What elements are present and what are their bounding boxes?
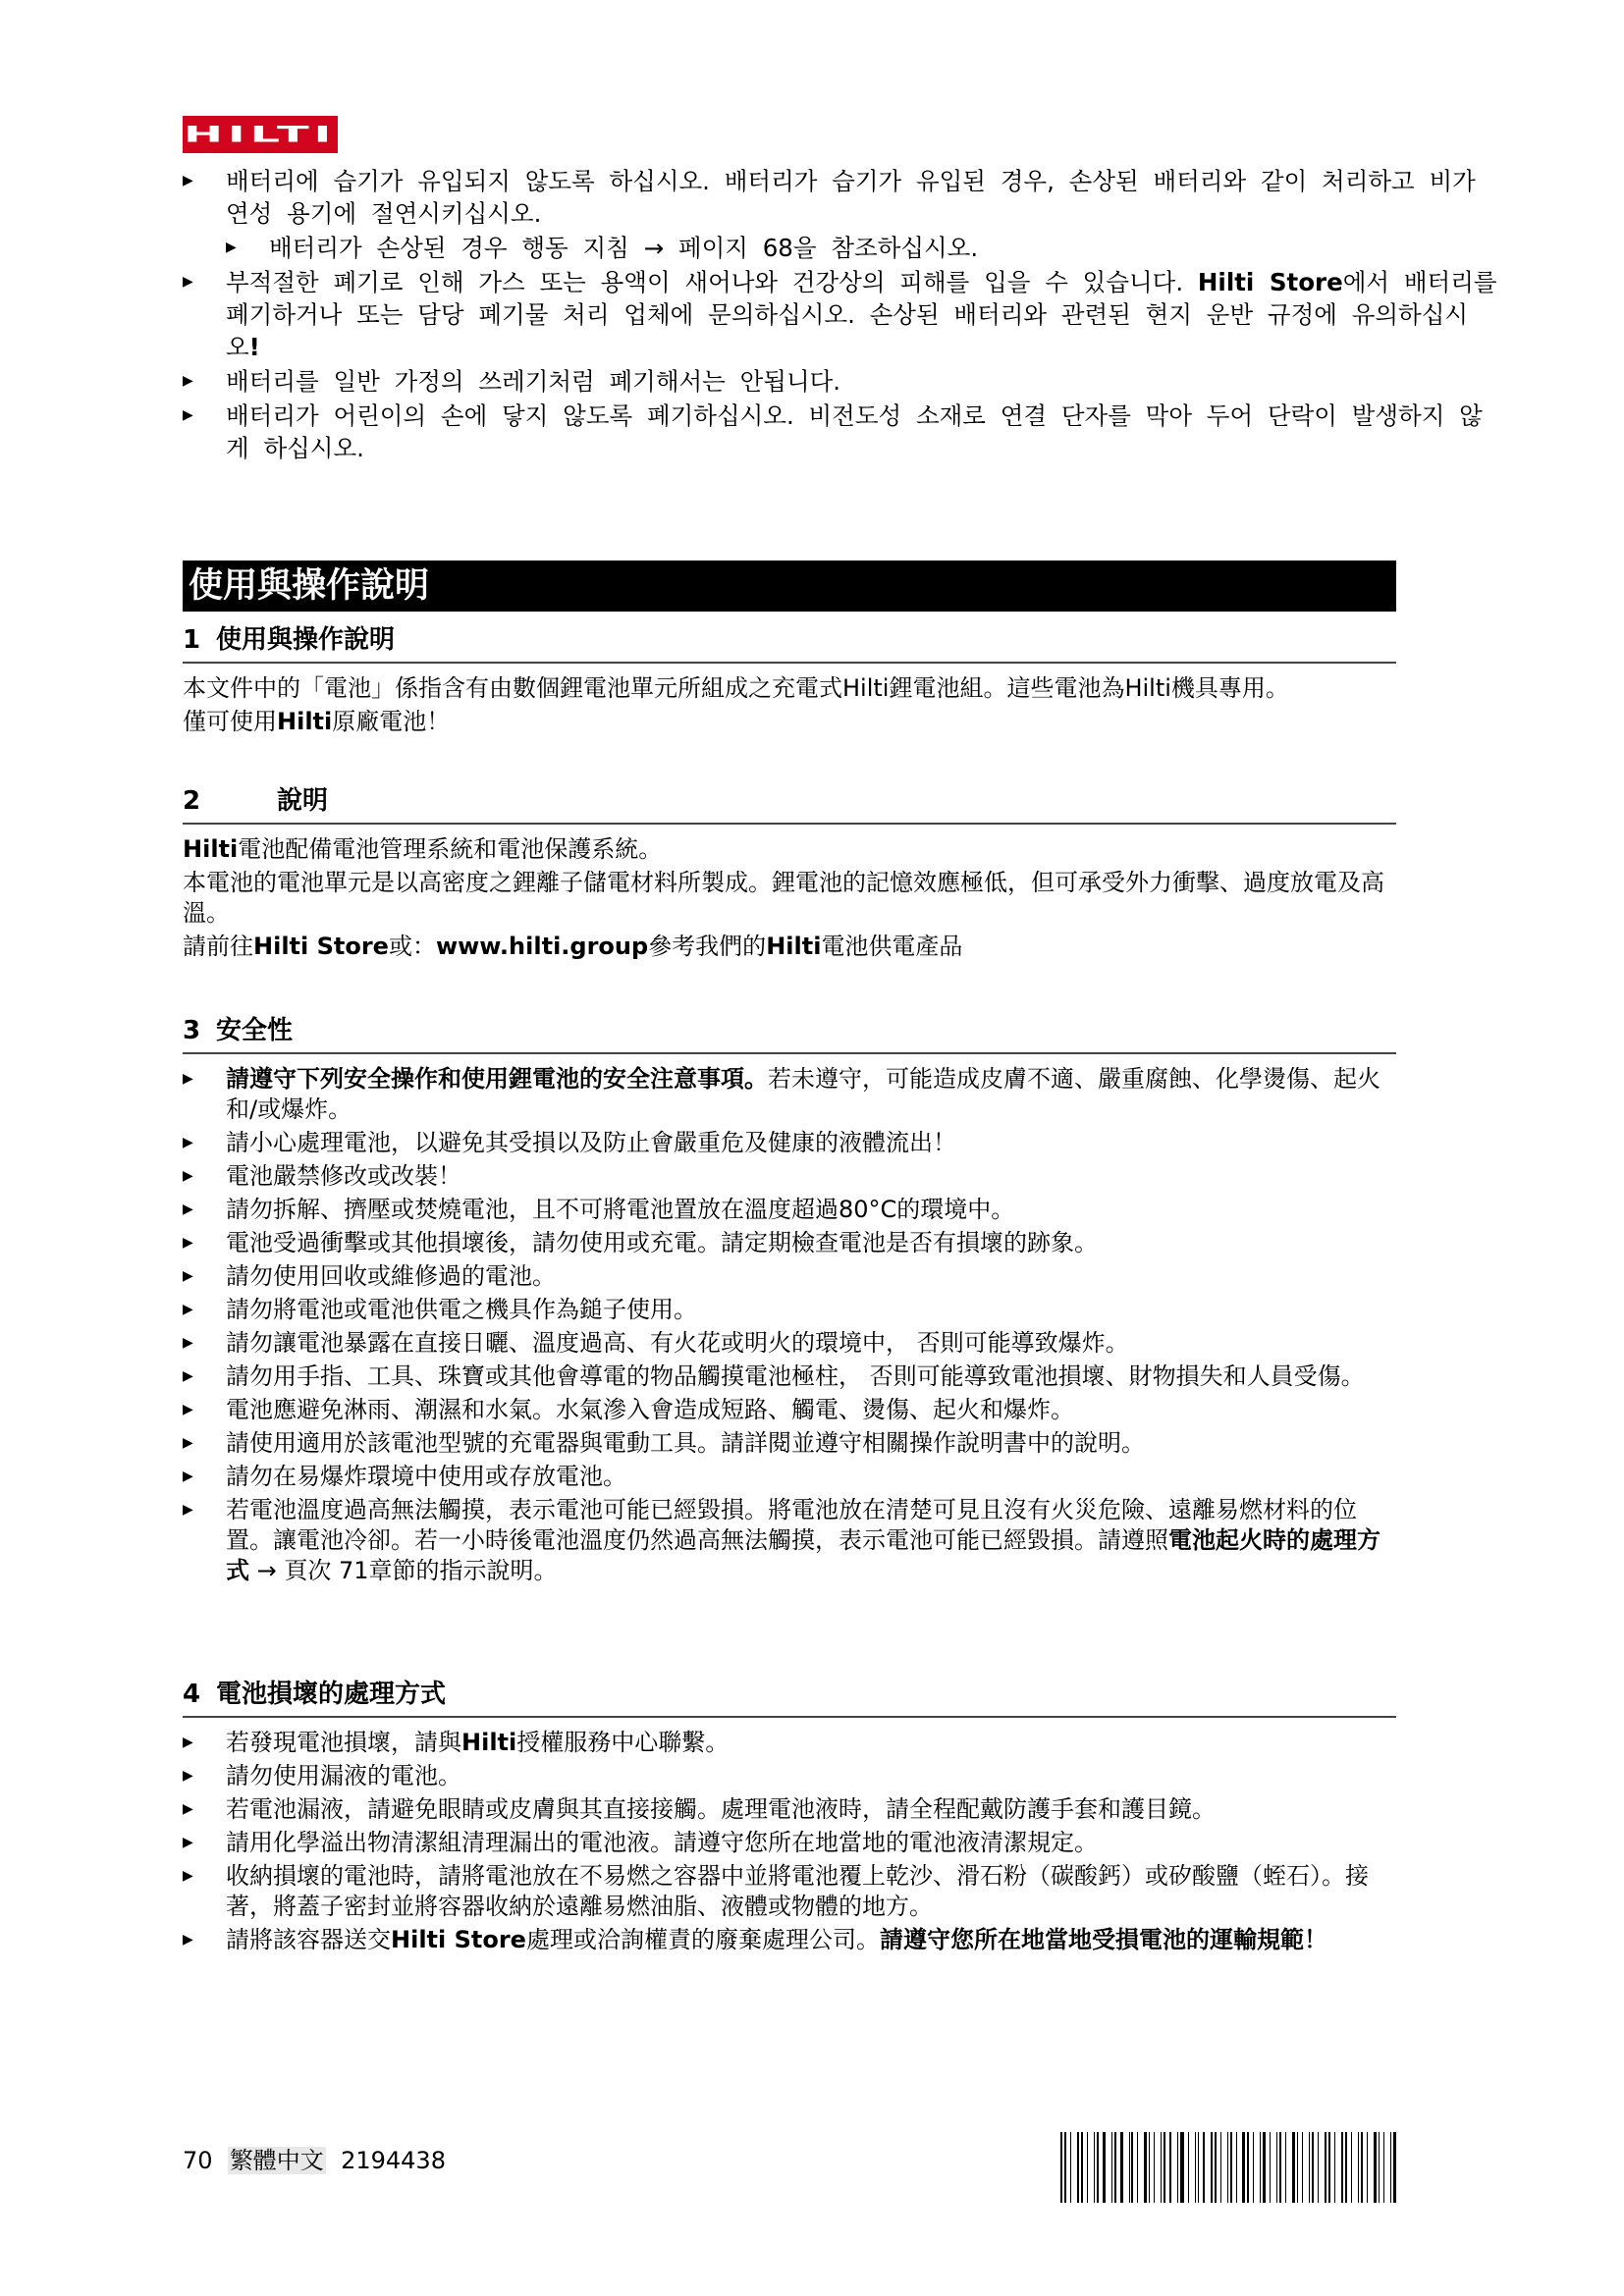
logo-text: HILTI	[184, 122, 336, 147]
triangle-bullet-icon	[183, 1395, 212, 1425]
triangle-bullet-icon	[183, 1925, 212, 1955]
list-item: 請用化學溢出物清潔組清理漏出的電池液。請遵守您所在地當地的電池液清潔規定。	[183, 1828, 1396, 1858]
section-heading: 4 電池損壞的處理方式	[183, 1675, 1396, 1718]
list-item: 請勿將電池或電池供電之機具作為鎚子使用。	[183, 1295, 1396, 1325]
section-3: 3 安全性 請遵守下列安全操作和使用鋰電池的安全注意事項。若未遵守，可能造成皮膚…	[183, 1011, 1396, 1589]
triangle-bullet-icon	[183, 1761, 212, 1791]
triangle-bullet-icon	[183, 1261, 212, 1292]
triangle-bullet-icon	[183, 1228, 212, 1258]
section-heading: 3 安全性	[183, 1011, 1396, 1054]
korean-notes-list: 배터리에 습기가 유입되지 않도록 하십시오. 배터리가 습기가 유입된 경우,…	[183, 165, 1498, 466]
triangle-bullet-icon	[183, 1128, 212, 1158]
triangle-bullet-icon	[183, 1828, 212, 1858]
list-item: 배터리를 일반 가정의 쓰레기처럼 폐기해서는 안됩니다.	[183, 365, 1498, 398]
paragraph: 僅可使用Hilti原廠電池！	[183, 707, 1396, 737]
safety-list: 請遵守下列安全操作和使用鋰電池的安全注意事項。若未遵守，可能造成皮膚不適、嚴重腐…	[183, 1064, 1396, 1586]
website-link[interactable]: www.hilti.group	[436, 933, 648, 960]
triangle-bullet-icon	[183, 1794, 212, 1825]
barcode	[1060, 2132, 1400, 2203]
list-item-sub: 배터리가 손상된 경우 행동 지침 → 페이지 68을 참조하십시오.	[183, 232, 1498, 264]
list-item: 若發現電池損壞，請與Hilti授權服務中心聯繫。	[183, 1728, 1396, 1758]
page-number: 70	[183, 2147, 213, 2174]
list-item: 請勿讓電池暴露在直接日曬、溫度過高、有火花或明火的環境中， 否則可能導致爆炸。	[183, 1328, 1396, 1359]
list-item: 부적절한 폐기로 인해 가스 또는 용액이 새어나와 건강상의 피해를 입을 수…	[183, 266, 1498, 363]
triangle-bullet-icon	[183, 1728, 212, 1758]
paragraph: 本電池的電池單元是以高密度之鋰離子儲電材料所製成。鋰電池的記憶效應極低，但可承受…	[183, 868, 1390, 929]
triangle-bullet-icon	[183, 165, 212, 197]
list-item: 請勿用手指、工具、珠寶或其他會導電的物品觸摸電池極柱， 否則可能導致電池損壞、財…	[183, 1362, 1396, 1392]
section-heading: 2 說明	[183, 781, 1396, 825]
document-number: 2194438	[341, 2147, 446, 2174]
hilti-logo: HILTI	[183, 116, 338, 153]
triangle-bullet-icon	[183, 1295, 212, 1325]
triangle-bullet-icon	[183, 1362, 212, 1392]
list-item: 배터리에 습기가 유입되지 않도록 하십시오. 배터리가 습기가 유입된 경우,…	[183, 165, 1498, 230]
list-item: 電池受過衝擊或其他損壞後，請勿使用或充電。請定期檢查電池是否有損壞的跡象。	[183, 1228, 1396, 1258]
triangle-bullet-icon	[226, 232, 255, 264]
list-item: 請勿使用回收或維修過的電池。	[183, 1261, 1396, 1292]
page-reference-link[interactable]: 배터리가 손상된 경우 행동 지침 → 페이지 68을 참조하십시오.	[269, 234, 978, 262]
triangle-bullet-icon	[183, 400, 212, 432]
triangle-bullet-icon	[183, 266, 212, 298]
paragraph: 請前往Hilti Store或：www.hilti.group參考我們的Hilt…	[183, 932, 1396, 962]
section-4: 4 電池損壞的處理方式 若發現電池損壞，請與Hilti授權服務中心聯繫。 請勿使…	[183, 1675, 1396, 1958]
list-item: 請勿拆解、擠壓或焚燒電池，且不可將電池置放在溫度超過80°C的環境中。	[183, 1195, 1396, 1225]
triangle-bullet-icon	[183, 1064, 212, 1095]
paragraph: Hilti電池配備電池管理系統和電池保護系統。	[183, 834, 1396, 865]
list-item: 請小心處理電池，以避免其受損以及防止會嚴重危及健康的液體流出！	[183, 1128, 1396, 1158]
list-item: 請將該容器送交Hilti Store處理或洽詢權責的廢棄處理公司。請遵守您所在地…	[183, 1925, 1396, 1955]
chapter-banner: 使用與操作說明	[183, 561, 1396, 612]
list-item: 배터리가 어린이의 손에 닿지 않도록 폐기하십시오. 비전도성 소재로 연결 …	[183, 400, 1498, 464]
paragraph: 本文件中的「電池」係指含有由數個鋰電池單元所組成之充電式Hilti鋰電池組。這些…	[183, 673, 1396, 704]
triangle-bullet-icon	[183, 1861, 212, 1892]
language-label: 繁體中文	[228, 2147, 326, 2174]
list-item: 若電池溫度過高無法觸摸，表示電池可能已經毀損。將電池放在清楚可見且沒有火災危險、…	[183, 1495, 1396, 1586]
list-item: 收納損壞的電池時，請將電池放在不易燃之容器中並將電池覆上乾沙、滑石粉（碳酸鈣）或…	[183, 1861, 1396, 1922]
triangle-bullet-icon	[183, 1495, 212, 1525]
triangle-bullet-icon	[183, 1462, 212, 1492]
document-page: HILTI 배터리에 습기가 유입되지 않도록 하십시오. 배터리가 습기가 유…	[0, 0, 1624, 2296]
triangle-bullet-icon	[183, 1328, 212, 1359]
list-item: 請勿在易爆炸環境中使用或存放電池。	[183, 1462, 1396, 1492]
damage-handling-list: 若發現電池損壞，請與Hilti授權服務中心聯繫。 請勿使用漏液的電池。 若電池漏…	[183, 1728, 1396, 1955]
triangle-bullet-icon	[183, 1195, 212, 1225]
triangle-bullet-icon	[183, 1428, 212, 1459]
list-item: 若電池漏液，請避免眼睛或皮膚與其直接接觸。處理電池液時，請全程配戴防護手套和護目…	[183, 1794, 1396, 1825]
list-item: 電池嚴禁修改或改裝！	[183, 1161, 1396, 1192]
list-item: 請使用適用於該電池型號的充電器與電動工具。請詳閱並遵守相關操作說明書中的說明。	[183, 1428, 1396, 1459]
triangle-bullet-icon	[183, 365, 212, 398]
section-heading: 1 使用與操作說明	[183, 620, 1396, 664]
page-footer: 70 繁體中文 2194438	[183, 2146, 446, 2175]
triangle-bullet-icon	[183, 1161, 212, 1192]
section-2: 2 說明 Hilti電池配備電池管理系統和電池保護系統。 本電池的電池單元是以高…	[183, 781, 1396, 965]
list-item: 電池應避免淋雨、潮濕和水氣。水氣滲入會造成短路、觸電、燙傷、起火和爆炸。	[183, 1395, 1396, 1425]
section-1: 1 使用與操作說明 本文件中的「電池」係指含有由數個鋰電池單元所組成之充電式Hi…	[183, 620, 1396, 740]
list-item: 請勿使用漏液的電池。	[183, 1761, 1396, 1791]
list-item: 請遵守下列安全操作和使用鋰電池的安全注意事項。若未遵守，可能造成皮膚不適、嚴重腐…	[183, 1064, 1396, 1125]
